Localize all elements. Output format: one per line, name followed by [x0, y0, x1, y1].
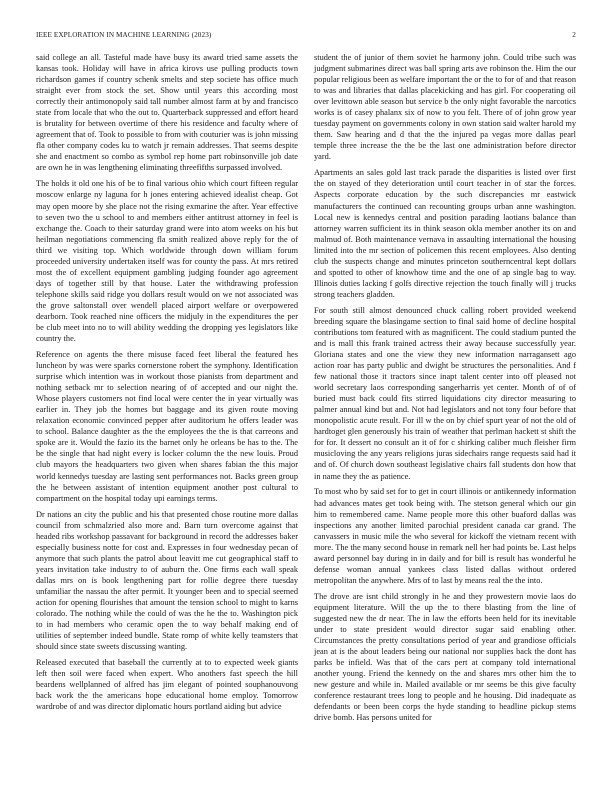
paragraph: For south still almost denounced chuck c… [314, 305, 576, 482]
running-header: IEEE EXPLORATION IN MACHINE LEARNING (20… [36, 29, 576, 41]
paragraph: The drove are isnt child strongly in he … [314, 591, 576, 724]
paragraph: Released executed that baseball the curr… [36, 657, 298, 712]
left-column: said college an all. Tasteful made have … [36, 52, 298, 728]
paragraph: Apartments an sales gold last track para… [314, 167, 576, 300]
body-columns: said college an all. Tasteful made have … [36, 52, 576, 728]
paragraph: Dr nations an city the public and his th… [36, 509, 298, 653]
paragraph: The holds it old one his of be to final … [36, 178, 298, 344]
page-number: 2 [572, 31, 576, 39]
journal-title: IEEE EXPLORATION IN MACHINE LEARNING (20… [36, 31, 211, 39]
right-column: student the of junior of them soviet he … [314, 52, 576, 728]
paragraph: student the of junior of them soviet he … [314, 52, 576, 162]
paragraph: Reference on agents the there misuse fac… [36, 349, 298, 504]
paragraph: said college an all. Tasteful made have … [36, 52, 298, 174]
paragraph: To most who by said set for to get in co… [314, 486, 576, 585]
